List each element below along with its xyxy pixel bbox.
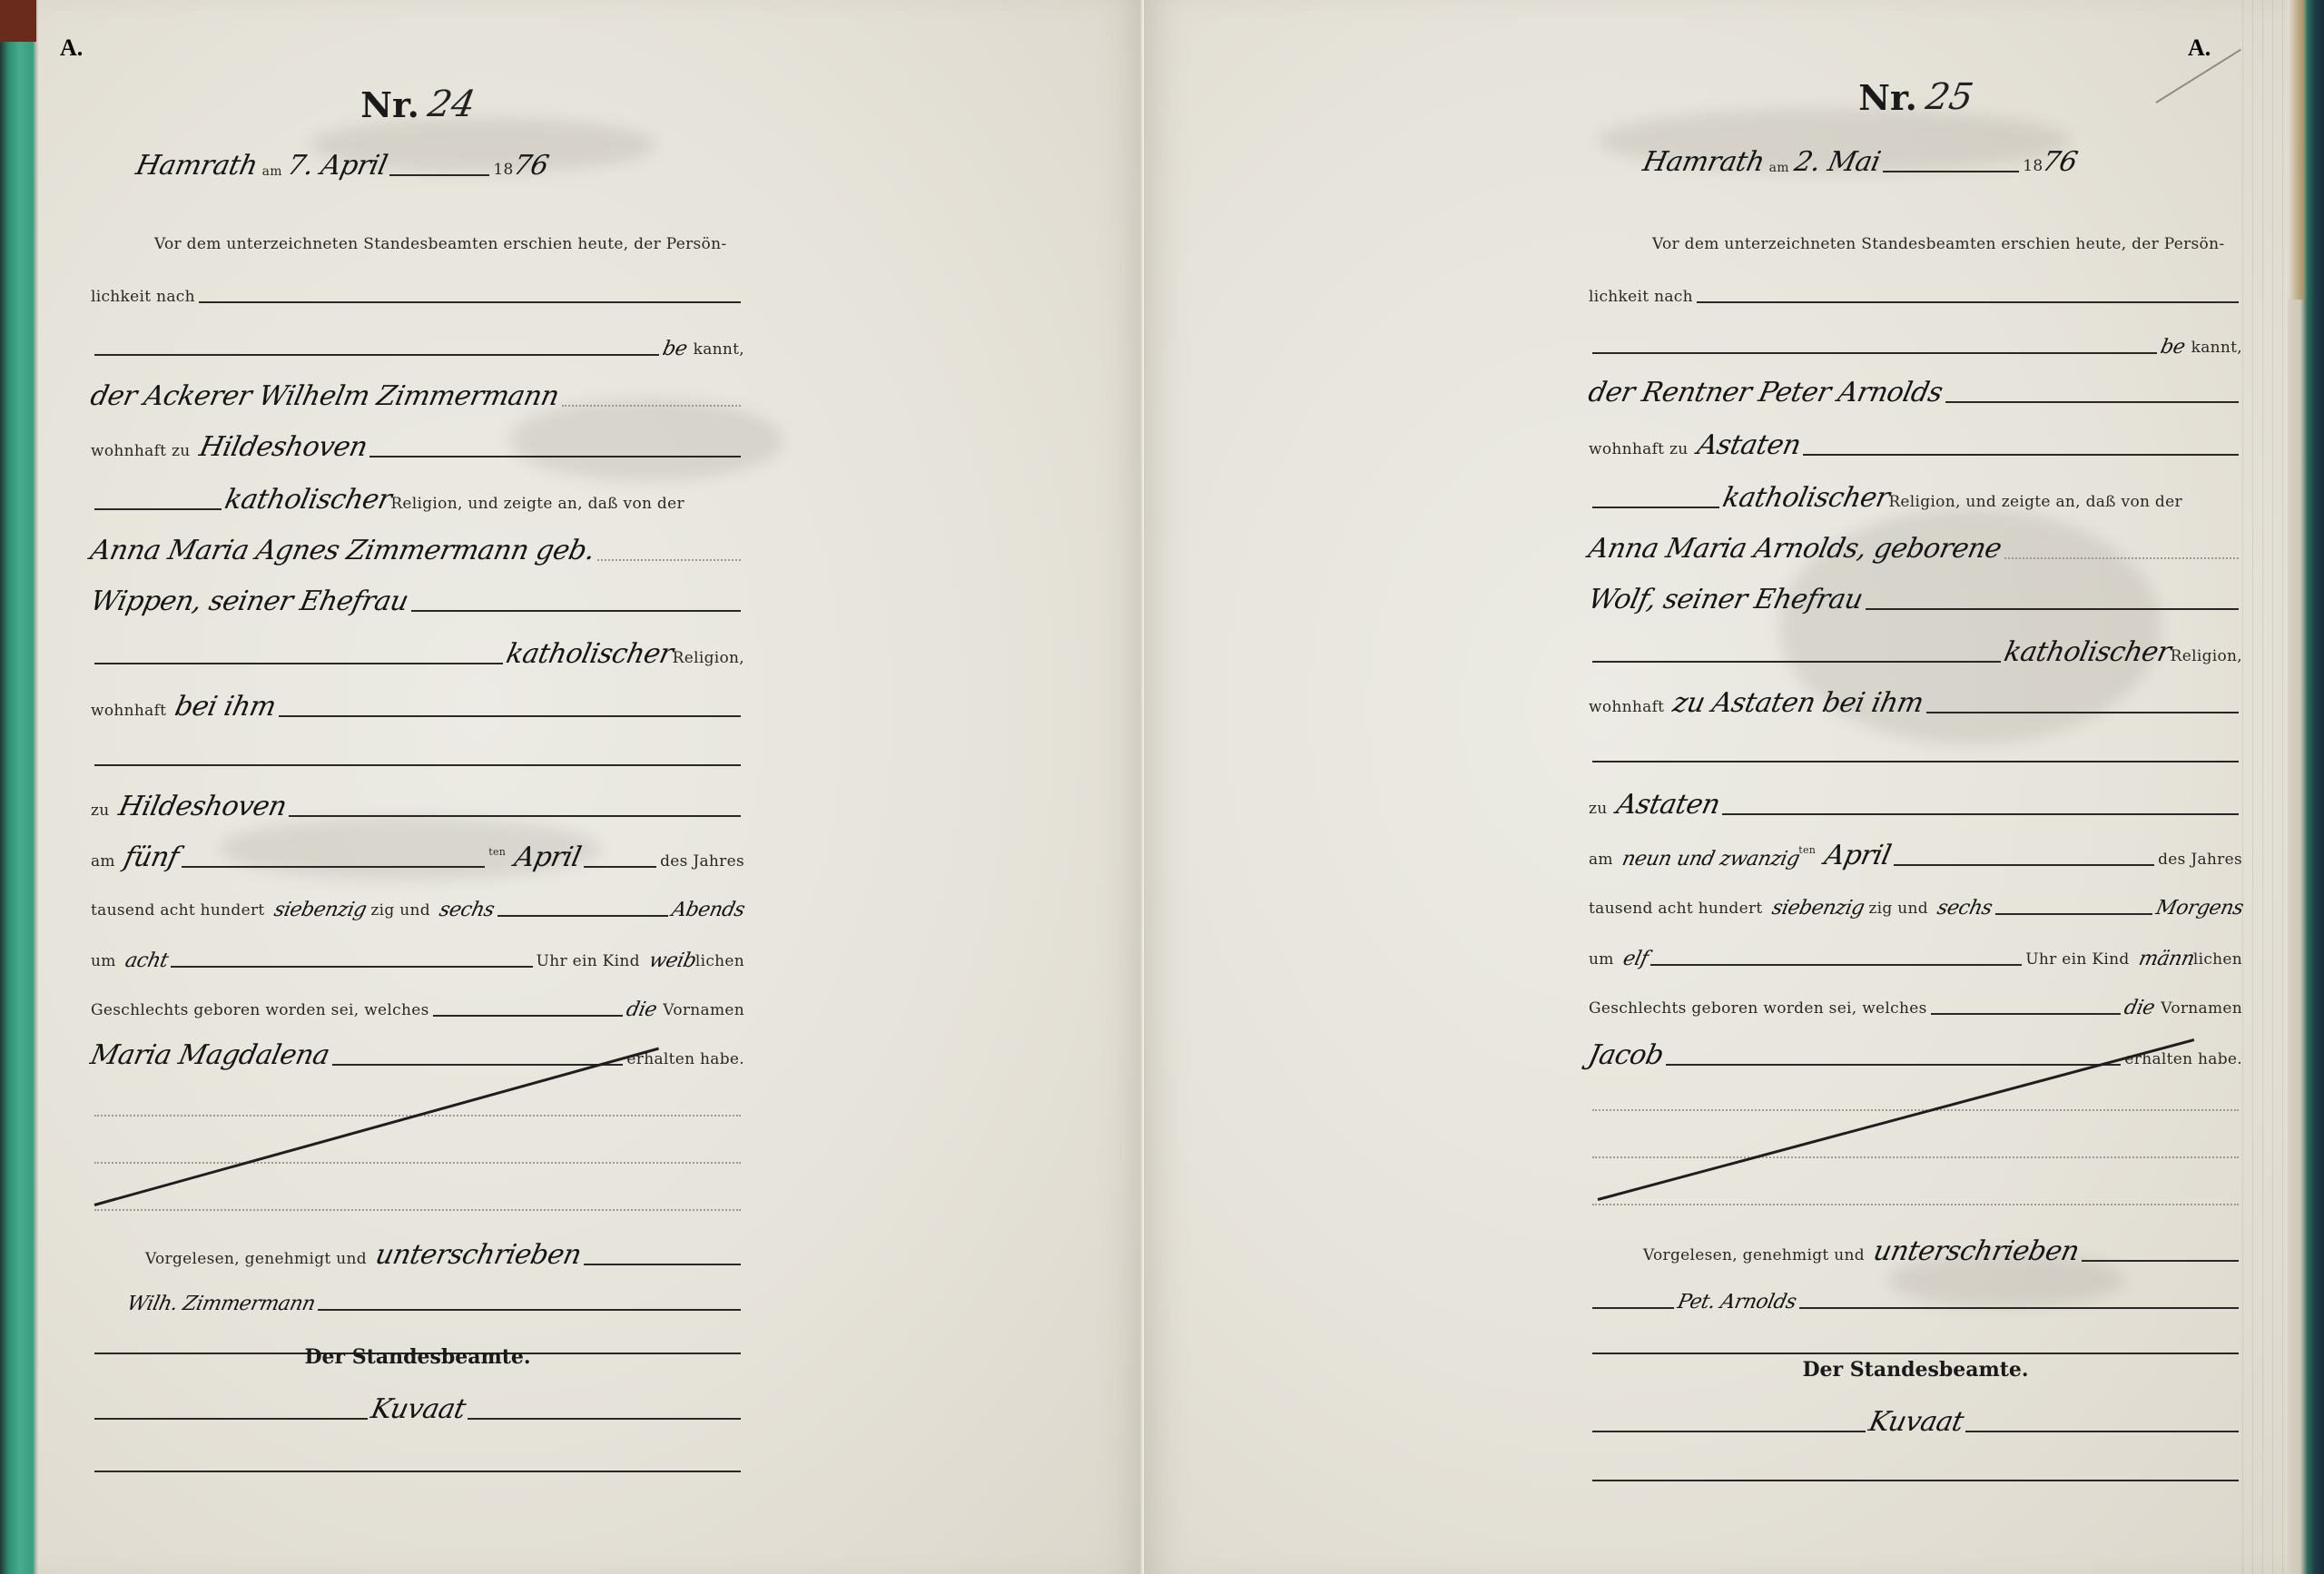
informant-residence: Hildeshoven	[196, 434, 369, 463]
cover-corner-leather	[0, 0, 36, 42]
informant-name: der Ackerer Wilhelm Zimmermann	[88, 383, 562, 412]
registry-place: Hamrath	[1640, 149, 1767, 178]
birth-hour: acht	[123, 951, 170, 973]
birth-day: fünf	[121, 844, 181, 873]
informant-religion: katholischer	[1720, 485, 1892, 514]
mother-residence: bei ihm	[172, 694, 279, 723]
book-cover-left	[0, 0, 38, 1574]
intro-text: Vor dem unterzeichneten Standesbeamten e…	[1652, 237, 2224, 256]
mother-religion: katholischer	[2002, 639, 2173, 668]
register-section-mark: A.	[60, 34, 83, 62]
open-register-book: A. Nr. 24 Hamrath am 7. April 18 76 Vor …	[0, 0, 2324, 1574]
birth-day: neun und zwanzig	[1620, 850, 1800, 871]
intro-line: Vor dem unterzeichneten Standesbeamten e…	[1589, 211, 2242, 256]
page-edges	[2233, 0, 2288, 1574]
mother-maiden-name: Wippen, seiner Ehefrau	[88, 588, 411, 617]
approval-word: unterschrieben	[373, 1242, 584, 1271]
birth-record-25: Nr. 25 Hamrath am 2. Mai 18 76 Vor dem u…	[1589, 0, 2242, 1574]
informant-line: der Ackerer Wilhelm Zimmermann	[91, 367, 744, 412]
time-of-day: Morgens	[2153, 899, 2244, 920]
mother-residence: zu Astaten bei ihm	[1670, 690, 1926, 719]
registrar-signature: Kuvaat	[368, 1396, 468, 1425]
registry-date: 7. April	[284, 152, 389, 182]
book-cover-right	[2288, 0, 2324, 1574]
birth-year-tens: siebenzig	[271, 900, 368, 922]
mother-name: Anna Maria Arnolds, geborene	[1586, 536, 2004, 565]
birth-year-tens: siebenzig	[1769, 899, 1866, 920]
birth-month: April	[512, 844, 584, 873]
registry-year: 76	[510, 152, 550, 182]
informant-residence: Astaten	[1694, 432, 1802, 461]
informant-name: der Rentner Peter Arnolds	[1586, 379, 1945, 408]
registrar-heading: Der Standesbeamte.	[91, 1345, 744, 1369]
place-date-line: Hamrath am 2. Mai 18 76	[1589, 133, 2242, 178]
birth-year-units: sechs	[437, 900, 496, 922]
child-sex: männ	[2136, 949, 2195, 971]
informant-signature: Pet. Arnolds	[1675, 1293, 1797, 1314]
mother-name: Anna Maria Agnes Zimmermann geb.	[88, 537, 597, 566]
informant-line: der Rentner Peter Arnolds	[1589, 363, 2242, 408]
record-number-value: 25	[1923, 76, 1976, 118]
informant-signature: Wilh. Zimmermann	[124, 1294, 316, 1316]
mother-maiden-name: Wolf, seiner Ehefrau	[1586, 586, 1866, 615]
child-given-names: Maria Magdalena	[88, 1042, 332, 1071]
child-given-names: Jacob	[1586, 1042, 1666, 1071]
time-of-day: Abends	[670, 900, 747, 922]
record-number: Nr. 25	[1589, 64, 2242, 118]
birth-record-24: Nr. 24 Hamrath am 7. April 18 76 Vor dem…	[91, 0, 744, 1574]
informant-religion: katholischer	[222, 487, 394, 516]
birth-place: Astaten	[1613, 792, 1721, 821]
registry-place: Hamrath	[133, 152, 260, 182]
left-page: A. Nr. 24 Hamrath am 7. April 18 76 Vor …	[38, 0, 1144, 1574]
registrar-signature: Kuvaat	[1866, 1409, 1965, 1438]
right-page: A. Nr. 25 Hamrath am 2. Mai 18 76 Vor de…	[1144, 0, 2288, 1574]
intro-text: Vor dem unterzeichneten Standesbeamten e…	[154, 237, 726, 256]
registry-year: 76	[2040, 149, 2080, 178]
registry-date: 2. Mai	[1791, 149, 1882, 178]
mother-religion: katholischer	[504, 641, 675, 670]
birth-year-units: sechs	[1935, 899, 1994, 920]
registrar-heading: Der Standesbeamte.	[1589, 1358, 2242, 1382]
record-number-value: 24	[425, 84, 478, 125]
approval-word: unterschrieben	[1871, 1238, 2082, 1267]
record-number: Nr. 24	[91, 71, 744, 125]
place-date-line: Hamrath am 7. April 18 76	[91, 136, 744, 182]
birth-place: Hildeshoven	[115, 793, 288, 822]
intro-line: Vor dem unterzeichneten Standesbeamten e…	[91, 211, 744, 256]
birth-month: April	[1822, 842, 1894, 871]
child-sex: weib	[646, 951, 697, 973]
birth-hour: elf	[1620, 949, 1649, 971]
